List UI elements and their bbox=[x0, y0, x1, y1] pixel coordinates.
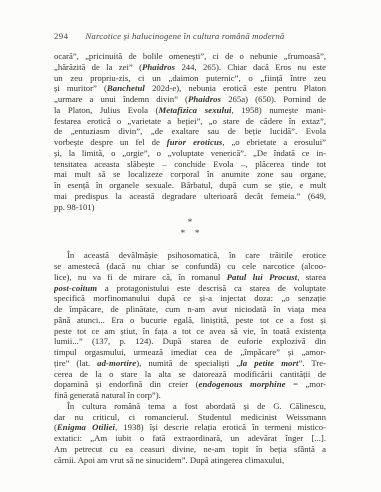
text-line: specifică morfinomanului după ce și-a in… bbox=[54, 293, 326, 304]
text-line: fină generată natural în corp”). bbox=[54, 390, 326, 401]
text-line: țire” (lat. ad-mortire), numită de speci… bbox=[54, 358, 326, 369]
italic-phrase: Phaidros bbox=[142, 62, 175, 72]
text-line: cerea de la o stare la alta se datorează… bbox=[54, 369, 326, 380]
asterisk-row: * bbox=[54, 218, 326, 229]
text-line: tensitatea aceasta slăbește – conchide E… bbox=[54, 159, 326, 170]
italic-phrase: ad-mortire bbox=[97, 358, 136, 368]
text-line: se amestecă (dacă nu chiar se confundă) … bbox=[54, 261, 326, 272]
section-separator: ** * bbox=[54, 218, 326, 240]
text-line: „urmare a unui îndemn divin” (Phaidros 2… bbox=[54, 94, 326, 105]
text-block: 294 Narcotice și halucinogene în cultura… bbox=[54, 31, 326, 465]
text-line: dar nu criticul, ci romancierul. Student… bbox=[54, 412, 326, 423]
text-line: În această devălmășie psihosomatică, în … bbox=[54, 250, 326, 261]
book-page: 294 Narcotice și halucinogene în cultura… bbox=[0, 0, 381, 492]
paragraph: În cultura română tema a fost abordată ș… bbox=[54, 401, 326, 466]
italic-phrase: la petite mort bbox=[240, 358, 298, 368]
italic-phrase: Phaidros bbox=[188, 94, 221, 104]
page-number: 294 bbox=[54, 31, 68, 42]
text-line: peste tot ce am știut, în fața a tot ce … bbox=[54, 326, 326, 337]
text-line: în esență în organele sexuale. Bărbatul,… bbox=[54, 180, 326, 191]
text-line: ocară”, „pricinuită de bolile omenești”,… bbox=[54, 51, 326, 62]
text-line: până atunci... Era o bucurie egală, lini… bbox=[54, 315, 326, 326]
text-line: În cultura română tema a fost abordată ș… bbox=[54, 401, 326, 412]
text-line: pp. 98-101) bbox=[54, 202, 326, 213]
text-line: cărnii. Apoi am vrut să ne sinucidem”. D… bbox=[54, 455, 326, 466]
text-line: și, la limită, o „orgie”, o „voluptate v… bbox=[54, 148, 326, 159]
text-line: dopamină și endorfină din creier (endoge… bbox=[54, 379, 326, 390]
text-line: lumii...” (137, p. 124). După starea de … bbox=[54, 336, 326, 347]
running-header: 294 Narcotice și halucinogene în cultura… bbox=[54, 31, 326, 42]
text-line: timpul orgasmului, urmează imediat cea d… bbox=[54, 347, 326, 358]
text-line: un zeu propriu-zis, ci un „daimon putern… bbox=[54, 73, 326, 84]
text-line: extatici: „Am iubit o fată extraordinară… bbox=[54, 433, 326, 444]
italic-phrase: Patul lui Procust bbox=[227, 272, 298, 282]
text-line: și muritor” (Banchetul 202d-e), nebunia … bbox=[54, 83, 326, 94]
italic-phrase: endogenous morphine bbox=[198, 379, 285, 389]
text-line: vorbește despre un fel de furor eroticus… bbox=[54, 137, 326, 148]
text-line: mai predispus la această degradare ulter… bbox=[54, 191, 326, 202]
italic-phrase: furor eroticus bbox=[167, 137, 223, 147]
italic-phrase: Banchetul bbox=[107, 83, 145, 93]
text-line: la Platon, Julius Evola (Metafizica sexu… bbox=[54, 105, 326, 116]
paragraph: ocară”, „pricinuită de bolile omenești”,… bbox=[54, 51, 326, 212]
body-text: ocară”, „pricinuită de bolile omenești”,… bbox=[54, 51, 326, 465]
text-line: „hărăzită de la zei” (Phaidros 244, 265)… bbox=[54, 62, 326, 73]
italic-phrase: Metafizica sexului bbox=[158, 105, 231, 115]
text-line: post-coitum a protagonistului este descr… bbox=[54, 283, 326, 294]
text-line: mai mult să se localizeze corporal în an… bbox=[54, 169, 326, 180]
text-line: de „entuziasm divin”, „de exaltare sau d… bbox=[54, 126, 326, 137]
italic-phrase: Enigma Otiliei bbox=[57, 422, 115, 432]
text-line: festarea erotică o „varietate a beției”,… bbox=[54, 116, 326, 127]
text-line: Am petrecut cu ea ceasuri divine, ne-am … bbox=[54, 444, 326, 455]
paragraph: În această devălmășie psihosomatică, în … bbox=[54, 250, 326, 401]
running-title: Narcotice și halucinogene în cultura rom… bbox=[85, 31, 284, 42]
text-line: lice), nu va fi de mirare că, în romanul… bbox=[54, 272, 326, 283]
asterisk-row: * * bbox=[54, 229, 326, 240]
text-line: (Enigma Otiliei, 1938) își descrie relaț… bbox=[54, 422, 326, 433]
text-line: de împăcare, de plinătate, cum n-am avut… bbox=[54, 304, 326, 315]
italic-phrase: post-coitum bbox=[54, 283, 97, 293]
